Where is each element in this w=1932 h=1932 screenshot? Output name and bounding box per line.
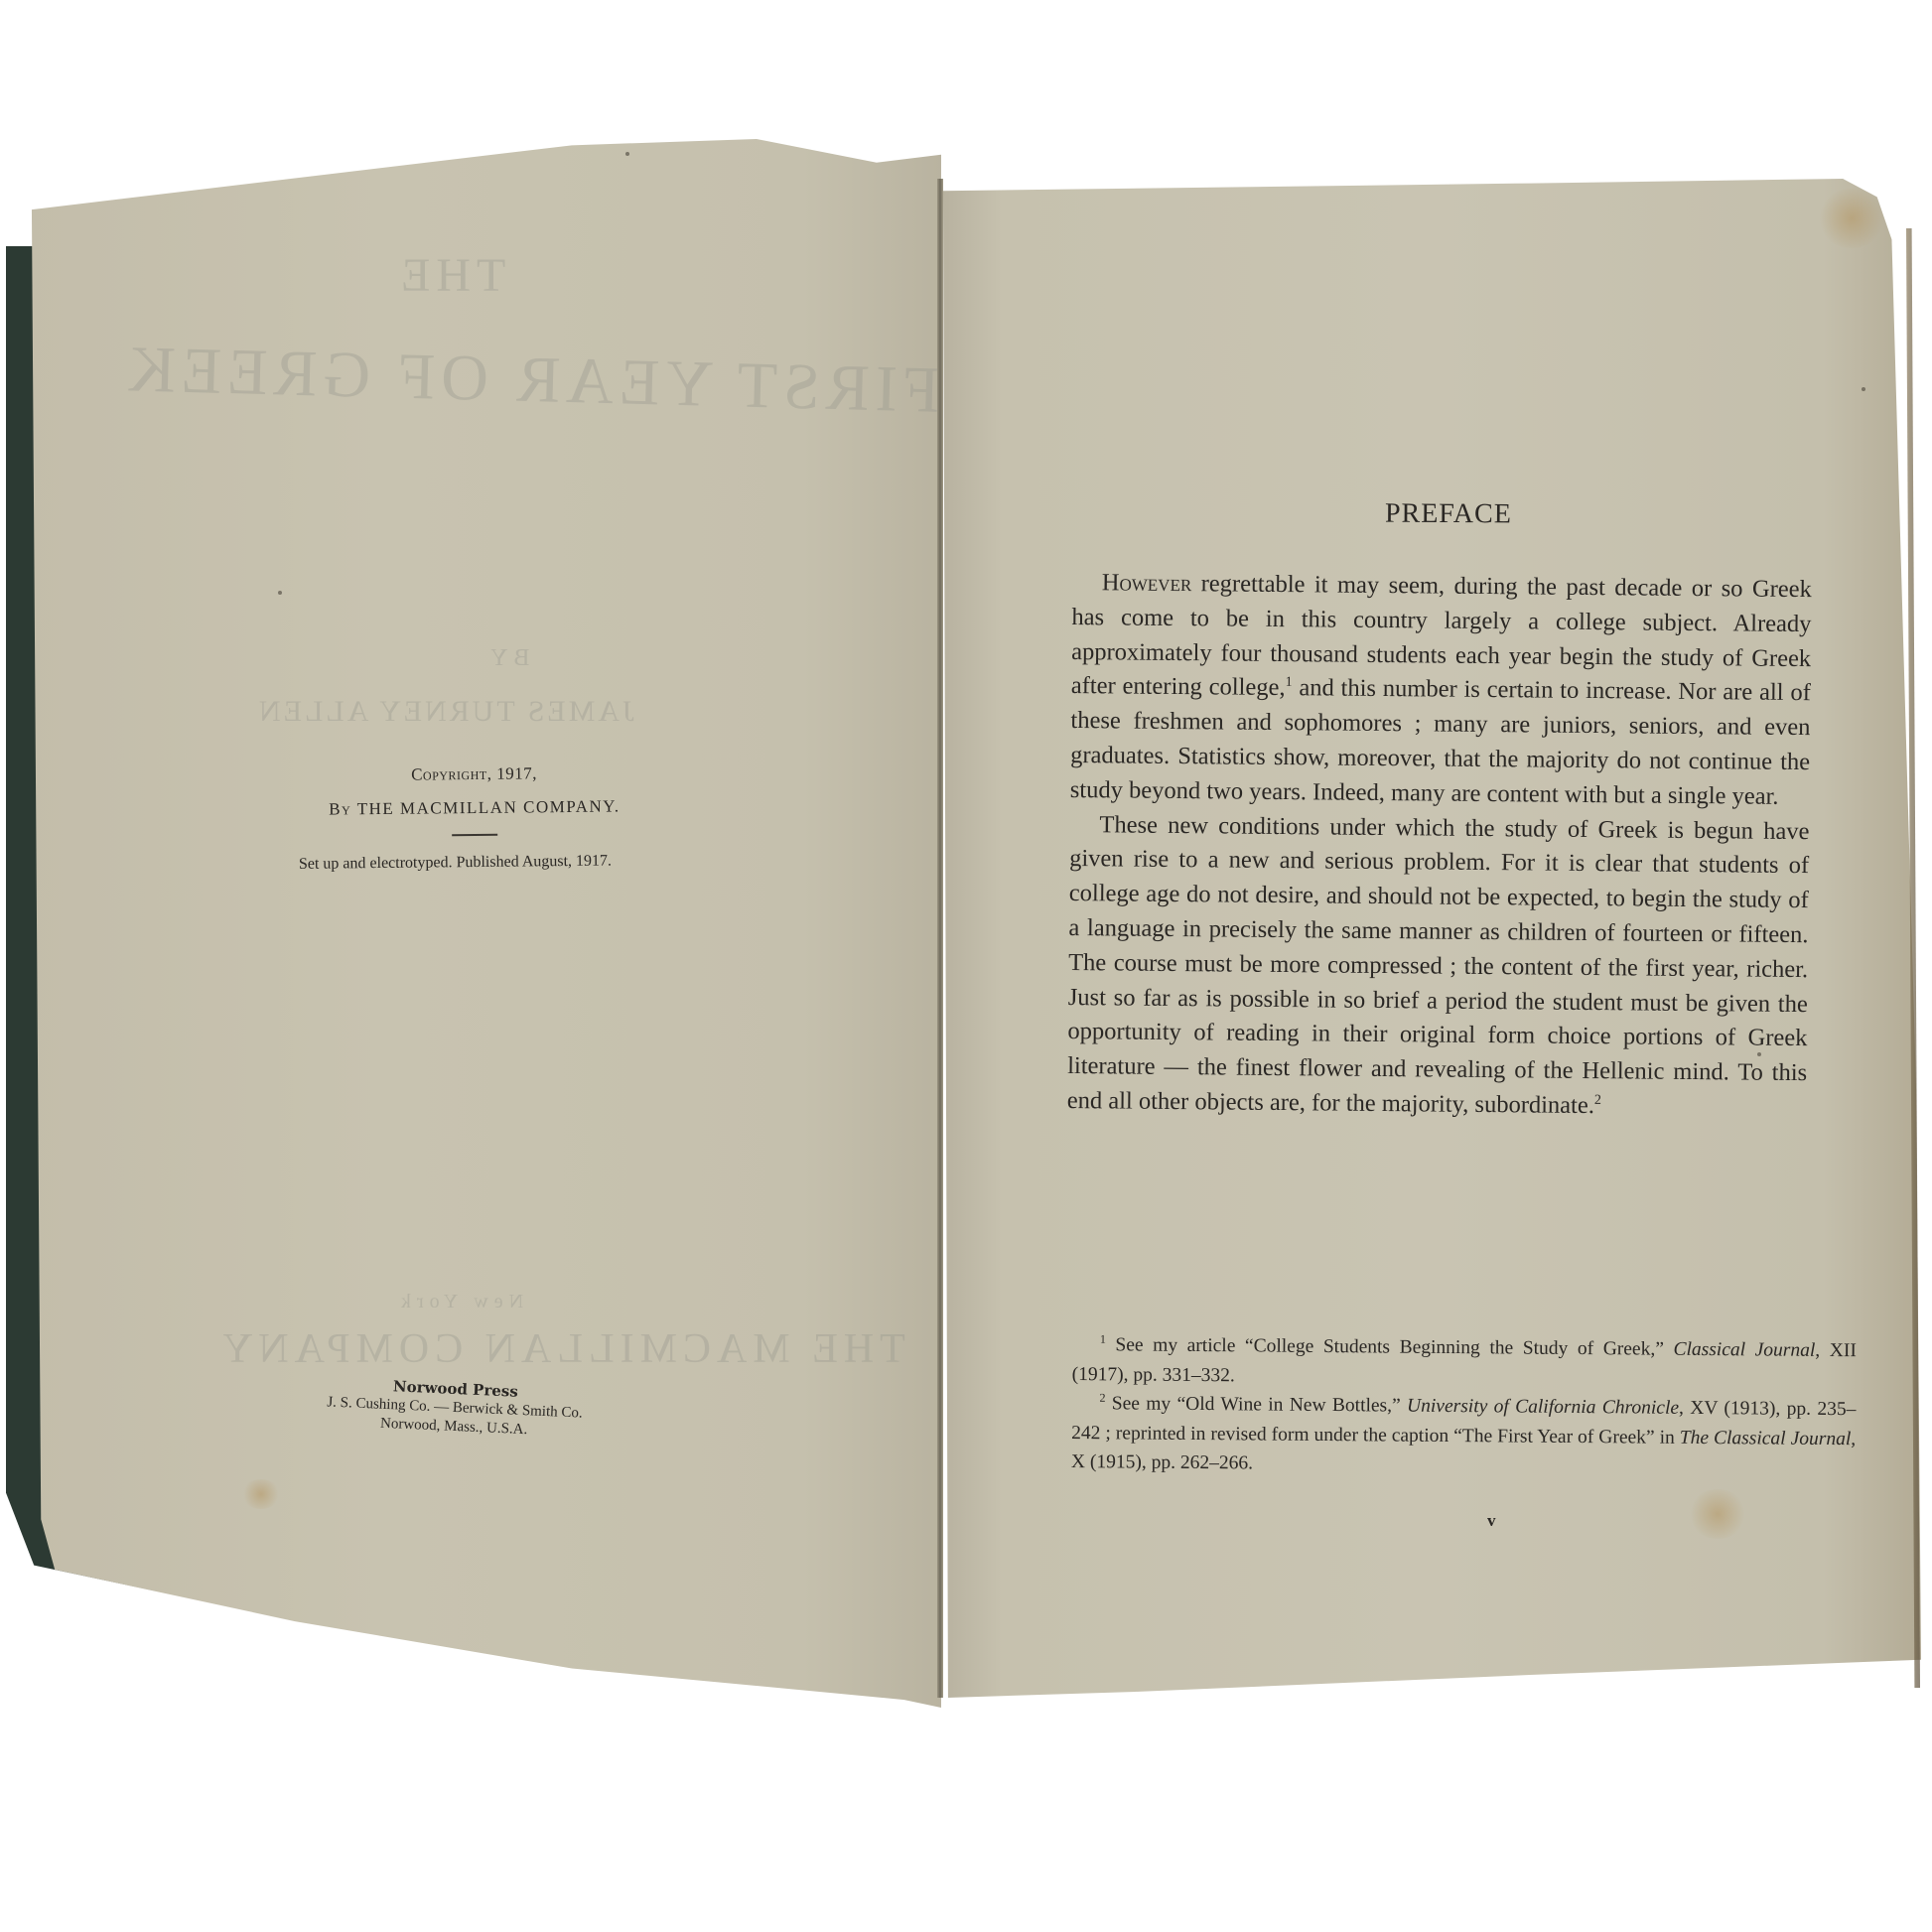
preface-body: However regrettable it may seem, during … [1067, 566, 1812, 1126]
copyright-holder: By THE MACMILLAN COMPANY. [276, 796, 673, 820]
left-page-verso: THE FIRST YEAR OF GREEK BY JAMES TURNEY … [18, 139, 941, 1708]
footnote: 2 See my “Old Wine in New Bottles,” Univ… [1071, 1389, 1857, 1483]
open-book: THE FIRST YEAR OF GREEK BY JAMES TURNEY … [0, 0, 1932, 1932]
paper-stain [1817, 189, 1886, 248]
paragraph-text: These new conditions under which the stu… [1067, 811, 1810, 1119]
footnote-text: See my “Old Wine in New Bottles,” [1105, 1393, 1407, 1416]
divider-rule [452, 834, 497, 836]
bleed-through-by: BY [484, 645, 529, 672]
copyright-notice: Copyright, 1917, By THE MACMILLAN COMPAN… [275, 762, 673, 874]
journal-title: The Classical Journal [1680, 1427, 1852, 1449]
paragraph: These new conditions under which the stu… [1067, 808, 1810, 1126]
paragraph: However regrettable it may seem, during … [1070, 566, 1812, 815]
bleed-through-the: THE [395, 248, 505, 303]
paper-speck [625, 152, 629, 156]
paper-speck [278, 591, 282, 595]
copyright-by: By [329, 799, 351, 818]
paper-speck [1757, 1052, 1761, 1056]
paper-stain [1688, 1489, 1747, 1539]
bleed-through-city: New York [395, 1291, 523, 1313]
preface-heading: PREFACE [1385, 498, 1512, 531]
right-page-recto: PREFACE However regrettable it may seem,… [943, 179, 1921, 1698]
journal-title: University of California Chronicle [1407, 1396, 1679, 1419]
journal-title: Classical Journal [1673, 1339, 1815, 1361]
footnote-ref: 2 [1594, 1093, 1601, 1108]
small-caps-lead: However [1102, 569, 1192, 597]
bleed-through-publisher: THE MACMILLAN COMPANY [216, 1325, 905, 1373]
printer-imprint: Norwood Press J. S. Cushing Co. — Berwic… [275, 1372, 634, 1445]
bleed-through-title: FIRST YEAR OF GREEK [121, 332, 940, 429]
paper-speck [1862, 387, 1865, 391]
publication-date: Set up and electrotyped. Published Augus… [236, 852, 673, 875]
bleed-through-author: JAMES TURNEY ALLEN [256, 695, 634, 729]
page-number: v [1487, 1511, 1496, 1531]
paper-stain [241, 1479, 281, 1509]
footnote-text: See my article “College Students Beginni… [1106, 1334, 1674, 1359]
copyright-line: Copyright, 1917, [275, 762, 672, 786]
footnote: 1 See my article “College Students Begin… [1072, 1330, 1857, 1395]
book-gutter [937, 179, 943, 1698]
copyright-company: THE MACMILLAN COMPANY. [357, 796, 621, 818]
footnotes: 1 See my article “College Students Begin… [1071, 1330, 1857, 1483]
